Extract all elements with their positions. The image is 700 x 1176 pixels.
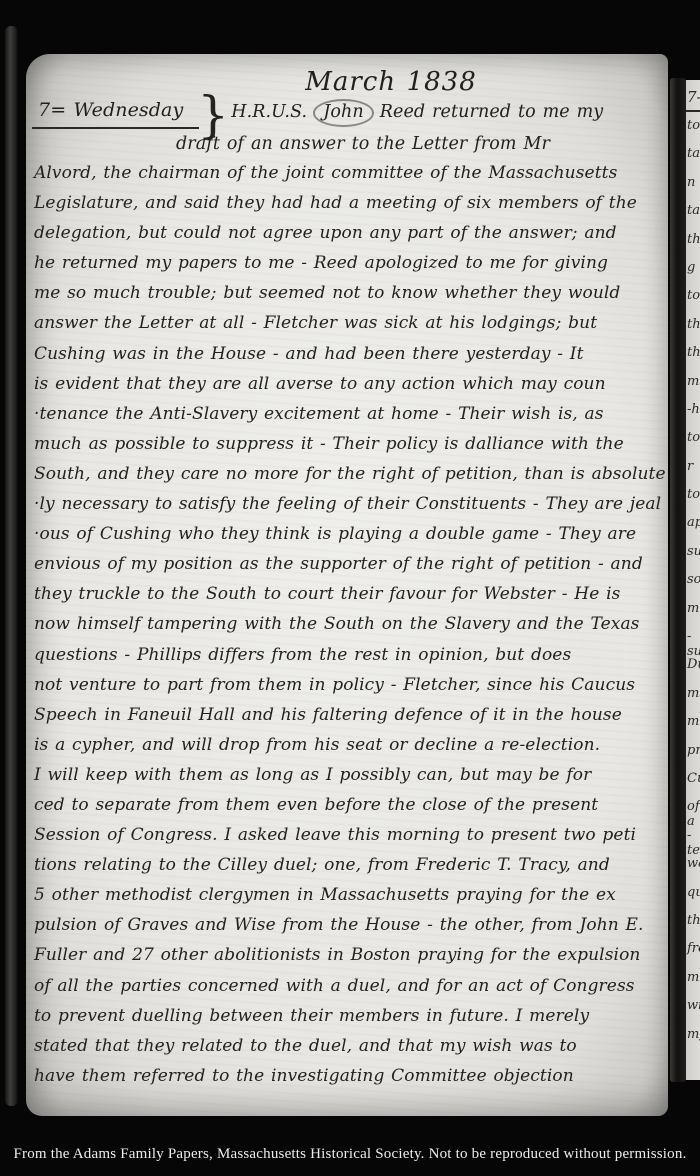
- manuscript-line: ced to separate from them even before th…: [34, 790, 668, 820]
- book-left-edge: [5, 26, 18, 1106]
- manuscript-line: they truckle to the South to court their…: [34, 579, 668, 609]
- entry-opening-rest: Reed returned to me my: [380, 102, 604, 122]
- manuscript-line: pulsion of Graves and Wise from the Hous…: [34, 910, 668, 940]
- next-page-fragment: g: [686, 260, 700, 288]
- manuscript-line: Session of Congress. I asked leave this …: [34, 820, 668, 850]
- entry-second-line: draft of an answer to the Letter from Mr: [26, 134, 668, 154]
- next-page-fragment: m: [686, 374, 700, 402]
- next-page-fragment: Cu: [686, 771, 700, 799]
- next-page-fragment: m: [686, 601, 700, 629]
- next-page-fragment: pr: [686, 743, 700, 771]
- manuscript-line: have them referred to the investigating …: [34, 1061, 668, 1091]
- next-page-fragment: tot: [686, 288, 700, 316]
- entry-date-heading: March 1838: [26, 67, 668, 97]
- manuscript-line: me so much trouble; but seemed not to kn…: [34, 278, 668, 308]
- manuscript-line: 5 other methodist clergymen in Massachus…: [34, 880, 668, 910]
- manuscript-line: delegation, but could not agree upon any…: [34, 218, 668, 248]
- next-page-fragment: wish: [686, 998, 700, 1026]
- next-page-fragment: me: [686, 686, 700, 714]
- next-page-fragment: ta: [686, 203, 700, 231]
- circled-word: John: [313, 99, 374, 127]
- credit-line: From the Adams Family Papers, Massachuse…: [0, 1146, 700, 1163]
- next-page-fragment: from: [686, 941, 700, 969]
- next-page-fragment: n: [686, 175, 700, 203]
- next-page-fragment: mi: [686, 714, 700, 742]
- next-page-fragments: totantathgtotththm-htortoapsusorm-suDume…: [686, 118, 700, 1055]
- next-page-fragment: my: [686, 1027, 700, 1055]
- manuscript-scan: March 1838 7= Wednesday } H.R.U.S. John …: [0, 0, 700, 1176]
- manuscript-line: answer the Letter at all - Fletcher was …: [34, 308, 668, 338]
- manuscript-line: stated that they related to the duel, an…: [34, 1031, 668, 1061]
- next-page-fragment: ta: [686, 146, 700, 174]
- next-page-fragment: qu: [686, 885, 700, 913]
- next-page-fragment: me: [686, 970, 700, 998]
- next-page-fragment: to: [686, 118, 700, 146]
- next-page-fragment: r: [686, 459, 700, 487]
- manuscript-line: South, and they care no more for the rig…: [34, 459, 668, 489]
- next-page-fragment: ap: [686, 515, 700, 543]
- next-page-fragment: su: [686, 544, 700, 572]
- manuscript-line: not venture to part from them in policy …: [34, 670, 668, 700]
- next-page-fragment: -tee: [686, 828, 700, 856]
- entry-body: Alvord, the chairman of the joint commit…: [26, 158, 668, 1091]
- manuscript-line: of all the parties concerned with a duel…: [34, 971, 668, 1001]
- entry-day-label: 7= Wednesday: [32, 99, 199, 129]
- next-page-corner-mark: 7-: [686, 80, 700, 112]
- next-page-fragment: sor: [686, 572, 700, 600]
- manuscript-line: Speech in Faneuil Hall and his faltering…: [34, 700, 668, 730]
- manuscript-line: ·ous of Cushing who they think is playin…: [34, 519, 668, 549]
- next-page-fragment: th: [686, 345, 700, 373]
- next-page-fragment: tha: [686, 913, 700, 941]
- entry-opening-row: 7= Wednesday } H.R.U.S. John Reed return…: [26, 98, 668, 129]
- next-page-fragment: of a: [686, 799, 700, 827]
- manuscript-line: is evident that they are all averse to a…: [34, 369, 668, 399]
- house-abbreviation: H.R.U.S.: [231, 102, 307, 122]
- manuscript-line: Legislature, and said they had had a mee…: [34, 188, 668, 218]
- manuscript-line: ·ly necessary to satisfy the feeling of …: [34, 489, 668, 519]
- manuscript-line: Alvord, the chairman of the joint commit…: [34, 158, 668, 188]
- book-gutter: [670, 78, 686, 1082]
- manuscript-line: ·tenance the Anti-Slavery excitement at …: [34, 399, 668, 429]
- entry-opening-text: H.R.U.S. John Reed returned to me my: [231, 99, 603, 127]
- next-page-fragment: -h: [686, 402, 700, 430]
- next-page-fragment: -su: [686, 629, 700, 657]
- manuscript-line: to prevent duelling between their member…: [34, 1001, 668, 1031]
- manuscript-line: is a cypher, and will drop from his seat…: [34, 730, 668, 760]
- next-page-fragment: th: [686, 317, 700, 345]
- manuscript-line: now himself tampering with the South on …: [34, 609, 668, 639]
- next-page-fragment: was: [686, 856, 700, 884]
- manuscript-line: Cushing was in the House - and had been …: [34, 339, 668, 369]
- next-page-fragment: to: [686, 487, 700, 515]
- manuscript-line: much as possible to suppress it - Their …: [34, 429, 668, 459]
- manuscript-line: he returned my papers to me - Reed apolo…: [34, 248, 668, 278]
- next-page-edge: 7- totantathgtotththm-htortoapsusorm-suD…: [686, 80, 700, 1080]
- manuscript-line: tions relating to the Cilley duel; one, …: [34, 850, 668, 880]
- next-page-fragment: th: [686, 232, 700, 260]
- manuscript-line: envious of my position as the supporter …: [34, 549, 668, 579]
- next-page-fragment: Du: [686, 657, 700, 685]
- manuscript-line: questions - Phillips differs from the re…: [34, 640, 668, 670]
- next-page-fragment: to: [686, 430, 700, 458]
- manuscript-line: I will keep with them as long as I possi…: [34, 760, 668, 790]
- manuscript-line: Fuller and 27 other abolitionists in Bos…: [34, 940, 668, 970]
- diary-page: March 1838 7= Wednesday } H.R.U.S. John …: [26, 54, 668, 1116]
